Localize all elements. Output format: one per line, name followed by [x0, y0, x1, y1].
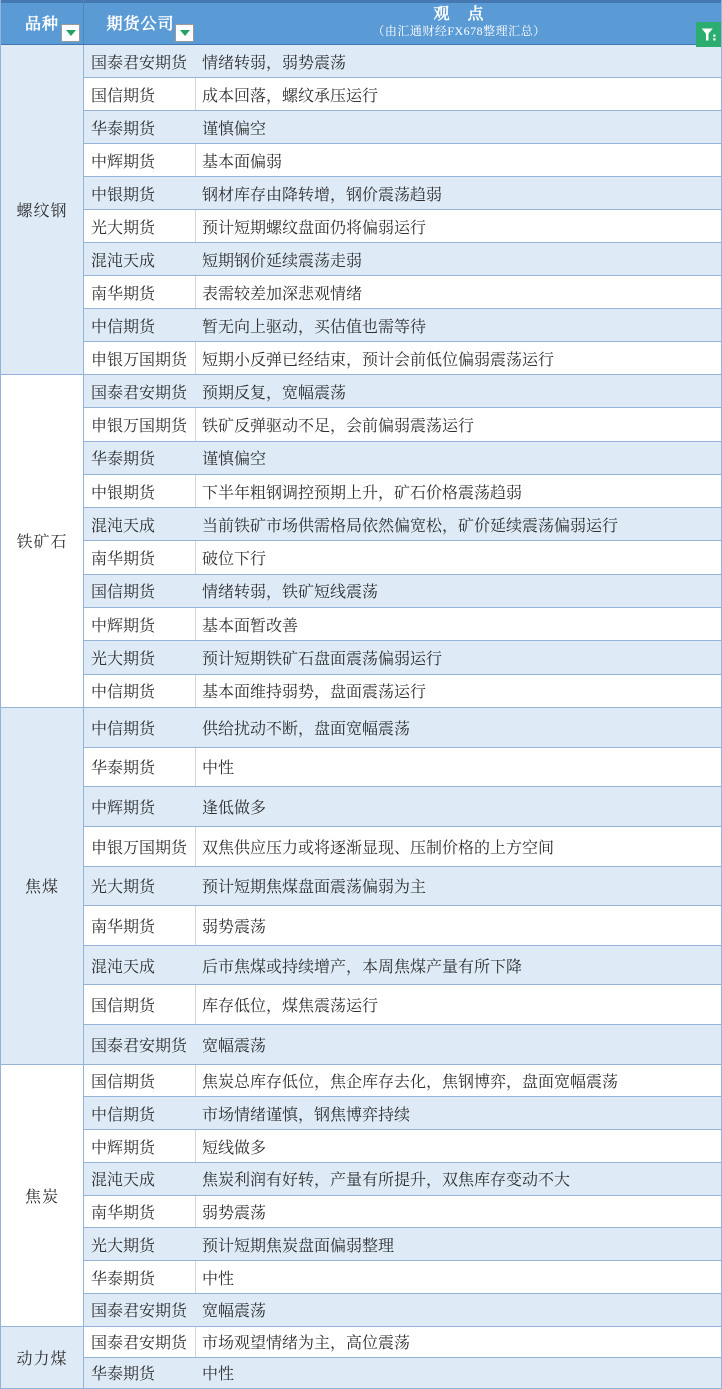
table-row: 国泰君安期货市场观望情绪为主，高位震荡 [84, 1327, 721, 1358]
section-rows: 中信期货供给扰动不断，盘面宽幅震荡华泰期货中性中辉期货逢低做多申银万国期货双焦供… [84, 708, 721, 1065]
table-row: 中辉期货逢低做多 [84, 787, 721, 827]
view-cell: 谨慎偏空 [196, 111, 721, 143]
table-row: 国泰君安期货宽幅震荡 [84, 1294, 721, 1327]
view-cell: 中性 [196, 1261, 721, 1293]
table-row: 光大期货预计短期螺纹盘面仍将偏弱运行 [84, 210, 721, 243]
table-row: 中辉期货基本面偏弱 [84, 144, 721, 177]
company-cell: 中辉期货 [84, 608, 196, 640]
view-cell: 预计短期焦炭盘面偏弱整理 [196, 1228, 721, 1260]
table-row: 华泰期货谨慎偏空 [84, 442, 721, 475]
section-rows: 国泰君安期货情绪转弱，弱势震荡国信期货成本回落，螺纹承压运行华泰期货谨慎偏空中辉… [84, 45, 721, 375]
view-cell: 市场观望情绪为主，高位震荡 [196, 1327, 721, 1357]
variety-cell: 焦炭 [1, 1065, 84, 1327]
company-cell: 混沌天成 [84, 508, 196, 540]
view-header-cell: 观 点 （由汇通财经FX678整理汇总） [197, 0, 721, 44]
company-cell: 南华期货 [84, 906, 196, 945]
company-cell: 混沌天成 [84, 243, 196, 275]
company-cell: 中信期货 [84, 309, 196, 341]
company-cell: 中辉期货 [84, 144, 196, 176]
table-row: 南华期货破位下行 [84, 541, 721, 574]
company-cell: 中信期货 [84, 1097, 196, 1129]
company-cell: 南华期货 [84, 1196, 196, 1228]
company-header-cell: 期货公司 [84, 0, 197, 44]
view-cell: 市场情绪谨慎，钢焦博弈持续 [196, 1097, 721, 1129]
table-row: 中银期货钢材库存由降转增，钢价震荡趋弱 [84, 177, 721, 210]
company-cell: 中银期货 [84, 475, 196, 507]
company-cell: 申银万国期货 [84, 408, 196, 440]
variety-header-label: 品种 [25, 11, 59, 34]
view-cell: 表需较差加深悲观情绪 [196, 276, 721, 308]
view-cell: 成本回落，螺纹承压运行 [196, 78, 721, 110]
view-cell: 情绪转弱，弱势震荡 [196, 45, 721, 77]
company-cell: 华泰期货 [84, 1261, 196, 1293]
company-cell: 华泰期货 [84, 748, 196, 787]
view-header-title: 观 点 [433, 5, 484, 24]
view-cell: 预期反复，宽幅震荡 [196, 375, 721, 407]
view-cell: 宽幅震荡 [196, 1294, 721, 1326]
table-row: 南华期货表需较差加深悲观情绪 [84, 276, 721, 309]
table-row: 南华期货弱势震荡 [84, 906, 721, 946]
table-row: 中辉期货基本面暂改善 [84, 608, 721, 641]
table-row: 光大期货预计短期焦炭盘面偏弱整理 [84, 1228, 721, 1261]
view-cell: 短期钢价延续震荡走弱 [196, 243, 721, 275]
commodity-section: 螺纹钢国泰君安期货情绪转弱，弱势震荡国信期货成本回落，螺纹承压运行华泰期货谨慎偏… [1, 45, 721, 375]
view-cell: 弱势震荡 [196, 906, 721, 945]
table-row: 国信期货成本回落，螺纹承压运行 [84, 78, 721, 111]
view-cell: 基本面暂改善 [196, 608, 721, 640]
chevron-down-icon [66, 30, 76, 36]
commodity-section: 焦煤中信期货供给扰动不断，盘面宽幅震荡华泰期货中性中辉期货逢低做多申银万国期货双… [1, 708, 721, 1065]
variety-cell: 铁矿石 [1, 375, 84, 708]
table-row: 中银期货下半年粗钢调控预期上升，矿石价格震荡趋弱 [84, 475, 721, 508]
opinion-table: 品种 期货公司 观 点 （由汇通财经FX678整理汇总） 螺纹钢国泰君安期货情绪… [0, 0, 722, 1389]
variety-cell: 焦煤 [1, 708, 84, 1065]
company-cell: 中辉期货 [84, 1130, 196, 1162]
company-cell: 混沌天成 [84, 946, 196, 985]
company-cell: 中银期货 [84, 177, 196, 209]
view-cell: 短线做多 [196, 1130, 721, 1162]
company-cell: 国泰君安期货 [84, 375, 196, 407]
table-row: 中信期货供给扰动不断，盘面宽幅震荡 [84, 708, 721, 748]
table-row: 南华期货弱势震荡 [84, 1196, 721, 1229]
view-cell: 当前铁矿市场供需格局依然偏宽松，矿价延续震荡偏弱运行 [196, 508, 721, 540]
table-row: 混沌天成当前铁矿市场供需格局依然偏宽松，矿价延续震荡偏弱运行 [84, 508, 721, 541]
view-cell: 中性 [196, 1358, 721, 1388]
company-cell: 国泰君安期货 [84, 1025, 196, 1064]
view-cell: 宽幅震荡 [196, 1025, 721, 1064]
company-cell: 国信期货 [84, 985, 196, 1024]
company-cell: 光大期货 [84, 867, 196, 906]
view-cell: 预计短期螺纹盘面仍将偏弱运行 [196, 210, 721, 242]
table-row: 申银万国期货双焦供应压力或将逐渐显现、压制价格的上方空间 [84, 827, 721, 867]
table-row: 申银万国期货铁矿反弹驱动不足，会前偏弱震荡运行 [84, 408, 721, 441]
view-cell: 基本面维持弱势，盘面震荡运行 [196, 675, 721, 707]
company-cell: 光大期货 [84, 1228, 196, 1260]
section-rows: 国泰君安期货市场观望情绪为主，高位震荡华泰期货中性 [84, 1327, 721, 1389]
table-row: 中信期货基本面维持弱势，盘面震荡运行 [84, 675, 721, 708]
view-cell: 短期小反弹已经结束，预计会前低位偏弱震荡运行 [196, 342, 721, 374]
company-header-label: 期货公司 [106, 11, 174, 34]
view-cell: 下半年粗钢调控预期上升，矿石价格震荡趋弱 [196, 475, 721, 507]
section-rows: 国泰君安期货预期反复，宽幅震荡申银万国期货铁矿反弹驱动不足，会前偏弱震荡运行华泰… [84, 375, 721, 708]
company-cell: 光大期货 [84, 641, 196, 673]
company-cell: 国泰君安期货 [84, 1327, 196, 1357]
view-cell: 库存低位，煤焦震荡运行 [196, 985, 721, 1024]
table-body: 螺纹钢国泰君安期货情绪转弱，弱势震荡国信期货成本回落，螺纹承压运行华泰期货谨慎偏… [1, 45, 721, 1389]
company-cell: 国信期货 [84, 1065, 196, 1097]
view-cell: 基本面偏弱 [196, 144, 721, 176]
company-cell: 中信期货 [84, 675, 196, 707]
table-row: 混沌天成后市焦煤或持续增产，本周焦煤产量有所下降 [84, 946, 721, 986]
table-row: 中信期货市场情绪谨慎，钢焦博弈持续 [84, 1097, 721, 1130]
view-cell: 预计短期焦煤盘面震荡偏弱为主 [196, 867, 721, 906]
table-row: 中信期货暂无向上驱动，买估值也需等待 [84, 309, 721, 342]
variety-cell: 螺纹钢 [1, 45, 84, 375]
variety-header-cell: 品种 [1, 0, 84, 44]
table-header: 品种 期货公司 观 点 （由汇通财经FX678整理汇总） [1, 0, 721, 45]
variety-cell: 动力煤 [1, 1327, 84, 1389]
section-rows: 国信期货焦炭总库存低位，焦企库存去化，焦钢博弈，盘面宽幅震荡中信期货市场情绪谨慎… [84, 1065, 721, 1327]
company-filter-dropdown[interactable] [175, 24, 194, 42]
table-row: 国信期货库存低位，煤焦震荡运行 [84, 985, 721, 1025]
table-row: 华泰期货中性 [84, 748, 721, 788]
view-cell: 逢低做多 [196, 787, 721, 826]
table-row: 国泰君安期货宽幅震荡 [84, 1025, 721, 1065]
view-cell: 破位下行 [196, 541, 721, 573]
view-cell: 谨慎偏空 [196, 442, 721, 474]
table-row: 国信期货焦炭总库存低位，焦企库存去化，焦钢博弈，盘面宽幅震荡 [84, 1065, 721, 1098]
company-cell: 混沌天成 [84, 1163, 196, 1195]
view-cell: 后市焦煤或持续增产，本周焦煤产量有所下降 [196, 946, 721, 985]
company-cell: 国泰君安期货 [84, 1294, 196, 1326]
commodity-section: 动力煤国泰君安期货市场观望情绪为主，高位震荡华泰期货中性 [1, 1327, 721, 1389]
table-row: 华泰期货中性 [84, 1261, 721, 1294]
view-cell: 焦炭利润有好转，产量有所提升，双焦库存变动不大 [196, 1163, 721, 1195]
variety-filter-dropdown[interactable] [61, 24, 80, 42]
company-cell: 光大期货 [84, 210, 196, 242]
view-cell: 弱势震荡 [196, 1196, 721, 1228]
view-cell: 钢材库存由降转增，钢价震荡趋弱 [196, 177, 721, 209]
view-cell: 供给扰动不断，盘面宽幅震荡 [196, 708, 721, 747]
table-row: 混沌天成焦炭利润有好转，产量有所提升，双焦库存变动不大 [84, 1163, 721, 1196]
commodity-section: 铁矿石国泰君安期货预期反复，宽幅震荡申银万国期货铁矿反弹驱动不足，会前偏弱震荡运… [1, 375, 721, 708]
company-cell: 申银万国期货 [84, 342, 196, 374]
view-cell: 暂无向上驱动，买估值也需等待 [196, 309, 721, 341]
view-cell: 情绪转弱，铁矿短线震荡 [196, 575, 721, 607]
chevron-down-icon [180, 30, 190, 36]
table-row: 国泰君安期货情绪转弱，弱势震荡 [84, 45, 721, 78]
table-row: 中辉期货短线做多 [84, 1130, 721, 1163]
table-row: 华泰期货中性 [84, 1358, 721, 1389]
table-row: 光大期货预计短期焦煤盘面震荡偏弱为主 [84, 867, 721, 907]
table-row: 华泰期货谨慎偏空 [84, 111, 721, 144]
company-cell: 南华期货 [84, 541, 196, 573]
view-cell: 中性 [196, 748, 721, 787]
table-row: 申银万国期货短期小反弹已经结束，预计会前低位偏弱震荡运行 [84, 342, 721, 375]
view-cell: 双焦供应压力或将逐渐显现、压制价格的上方空间 [196, 827, 721, 866]
company-cell: 国泰君安期货 [84, 45, 196, 77]
commodity-section: 焦炭国信期货焦炭总库存低位，焦企库存去化，焦钢博弈，盘面宽幅震荡中信期货市场情绪… [1, 1065, 721, 1327]
company-cell: 中辉期货 [84, 787, 196, 826]
company-cell: 华泰期货 [84, 1358, 196, 1388]
table-row: 国信期货情绪转弱，铁矿短线震荡 [84, 575, 721, 608]
company-cell: 华泰期货 [84, 442, 196, 474]
funnel-icon [700, 26, 717, 43]
company-cell: 华泰期货 [84, 111, 196, 143]
view-cell: 焦炭总库存低位，焦企库存去化，焦钢博弈，盘面宽幅震荡 [196, 1065, 721, 1097]
table-row: 国泰君安期货预期反复，宽幅震荡 [84, 375, 721, 408]
view-header-subtitle: （由汇通财经FX678整理汇总） [372, 24, 545, 38]
table-row: 混沌天成短期钢价延续震荡走弱 [84, 243, 721, 276]
company-cell: 国信期货 [84, 575, 196, 607]
view-cell: 预计短期铁矿石盘面震荡偏弱运行 [196, 641, 721, 673]
filter-button[interactable] [696, 22, 721, 47]
company-cell: 南华期货 [84, 276, 196, 308]
company-cell: 申银万国期货 [84, 827, 196, 866]
company-cell: 中信期货 [84, 708, 196, 747]
view-cell: 铁矿反弹驱动不足，会前偏弱震荡运行 [196, 408, 721, 440]
company-cell: 国信期货 [84, 78, 196, 110]
table-row: 光大期货预计短期铁矿石盘面震荡偏弱运行 [84, 641, 721, 674]
